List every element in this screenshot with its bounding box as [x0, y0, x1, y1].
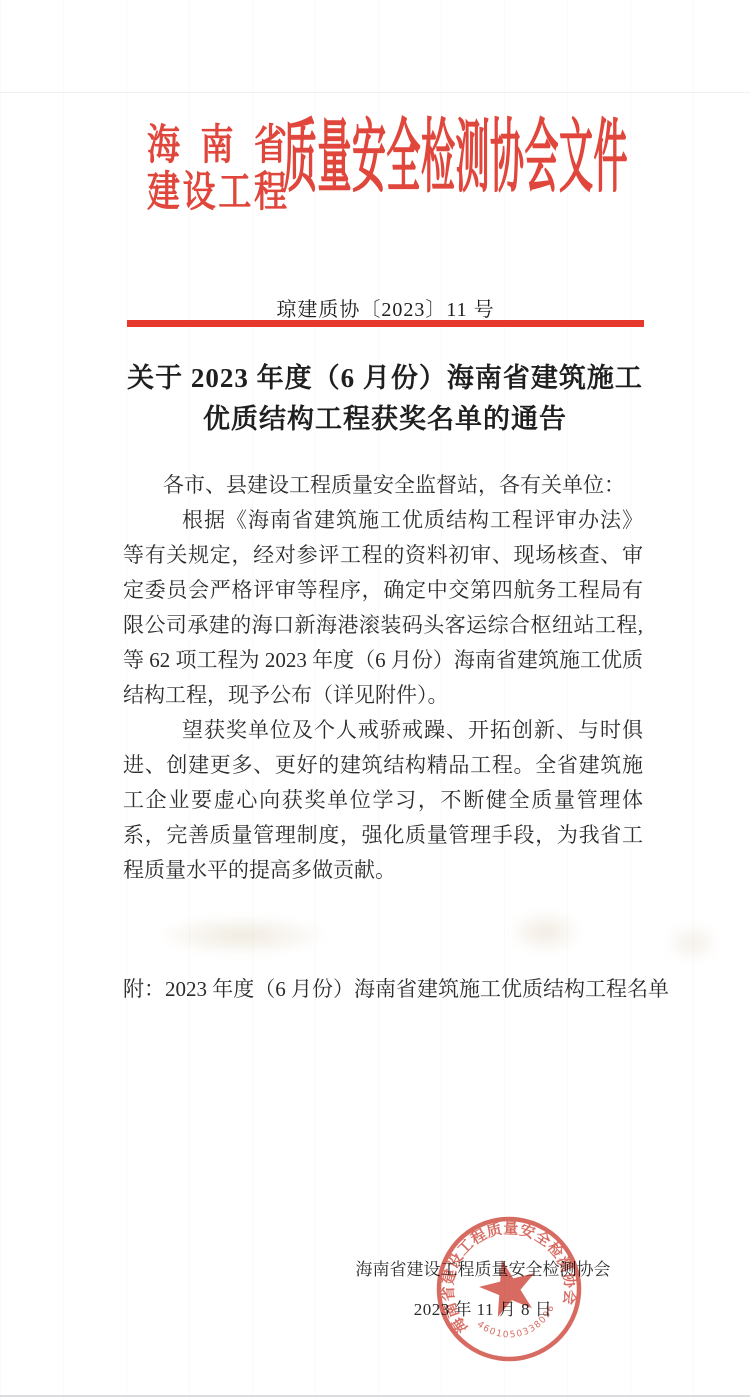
document-page: 海南省 建设工程 质量安全检测协会文件 琼建质协〔2023〕11 号 关于 20…	[0, 0, 750, 1399]
letterhead-org-small: 海南省 建设工程	[147, 123, 287, 218]
body-paragraph-1: 根据《海南省建筑施工优质结构工程评审办法》等有关规定，经对参评工程的资料初审、现…	[123, 503, 643, 713]
document-title: 关于 2023 年度（6 月份）海南省建筑施工优质结构工程获奖名单的通告	[95, 358, 675, 440]
document-body: 各市、县建设工程质量安全监督站，各有关单位： 根据《海南省建筑施工优质结构工程评…	[123, 468, 643, 888]
scan-line	[0, 92, 750, 93]
letterhead-title: 质量安全检测协会文件	[283, 121, 628, 201]
letterhead-org-line1: 海南省	[147, 123, 287, 170]
letterhead-org-line2: 建设工程	[147, 170, 287, 217]
salutation: 各市、县建设工程质量安全监督站，各有关单位：	[123, 468, 643, 503]
signature-org: 海南省建设工程质量安全检测协会	[330, 1255, 636, 1280]
red-divider-line	[127, 320, 644, 327]
ink-bleed-ghost	[125, 908, 360, 963]
signature-block: 海南省建设工程质量安全检测协会 2023 年 11 月 8 日	[330, 1255, 636, 1320]
ink-bleed-ghost	[495, 902, 595, 962]
document-title-line2: 优质结构工程获奖名单的通告	[203, 404, 567, 434]
signature-date: 2023 年 11 月 8 日	[330, 1295, 636, 1320]
document-title-line1: 关于 2023 年度（6 月份）海南省建筑施工	[127, 363, 643, 393]
page-edge-line	[0, 1395, 750, 1397]
body-paragraph-2: 望获奖单位及个人戒骄戒躁、开拓创新、与时俱进、创建更多、更好的建筑结构精品工程。…	[123, 713, 643, 888]
attachment-note: 附：2023 年度（6 月份）海南省建筑施工优质结构工程名单	[123, 973, 683, 1003]
ink-bleed-ghost	[655, 915, 730, 970]
document-number: 琼建质协〔2023〕11 号	[127, 293, 644, 322]
